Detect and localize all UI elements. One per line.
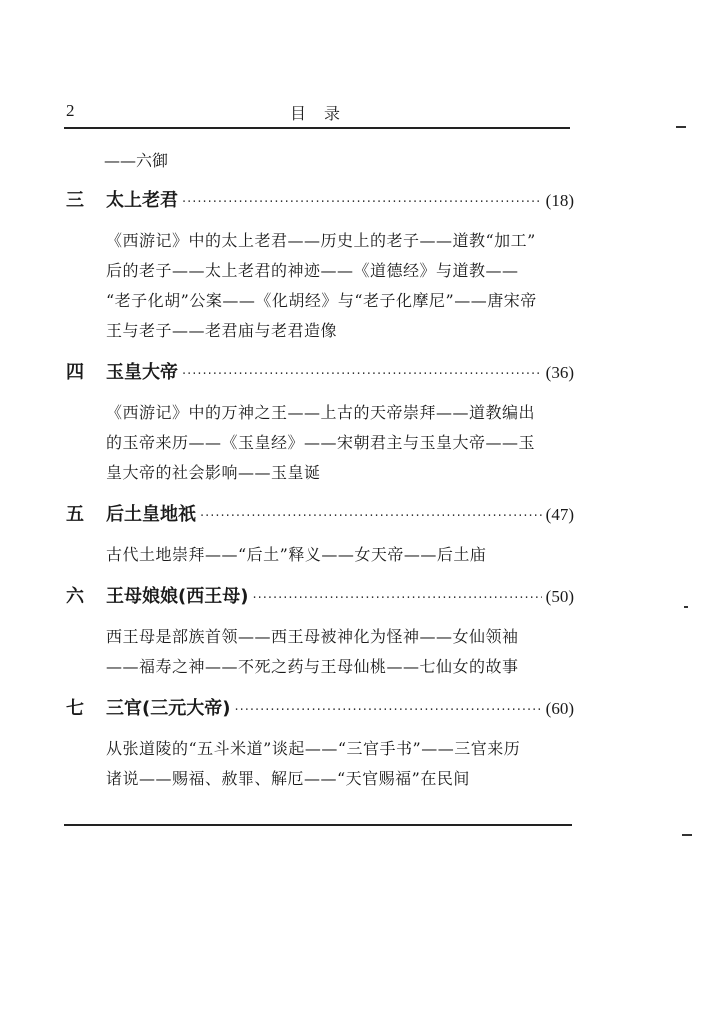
chapter-title: 玉皇大帝 [106,358,178,388]
chapter-number: 三 [66,186,106,216]
summary-line: 王与老子——老君庙与老君造像 [106,316,574,346]
scan-margin-mark [682,834,692,836]
chapter-title: 王母娘娘(西王母) [106,582,248,612]
chapter-summary: 《西游记》中的太上老君——历史上的老子——道教“加工” 后的老子——太上老君的神… [66,226,574,346]
summary-line: “老子化胡”公案——《化胡经》与“老子化摩尼”——唐宋帝 [106,286,574,316]
chapter-title: 后土皇地祇 [106,500,196,530]
chapter-number: 六 [66,582,106,612]
chapter-page-ref: (36) [546,358,574,388]
summary-line: 从张道陵的“五斗米道”谈起——“三官手书”——三官来历 [106,734,574,764]
summary-line: 皇大帝的社会影响——玉皇诞 [106,458,574,488]
chapter-summary: 《西游记》中的万神之王——上古的天帝崇拜——道教编出 的玉帝来历——《玉皇经》—… [66,398,574,488]
chapter-page-ref: (47) [546,500,574,530]
chapter-heading[interactable]: 七 三官(三元大帝) (60) [66,694,574,724]
chapter-heading[interactable]: 六 王母娘娘(西王母) (50) [66,582,574,612]
chapter-heading[interactable]: 五 后土皇地祇 (47) [66,500,574,530]
running-title: 目录 [290,101,358,124]
chapter-page-ref: (50) [546,582,574,612]
chapter-summary: 西王母是部族首领——西王母被神化为怪神——女仙领袖 ——福寿之神——不死之药与王… [66,622,574,682]
toc-chapter[interactable]: 四 玉皇大帝 (36) 《西游记》中的万神之王——上古的天帝崇拜——道教编出 的… [66,358,574,488]
header-rule [64,127,570,129]
dot-leader [252,584,541,614]
summary-line: 的玉帝来历——《玉皇经》——宋朝君主与玉皇大帝——玉 [106,428,574,458]
dot-leader [182,188,542,218]
summary-line: 后的老子——太上老君的神迹——《道德经》与道教—— [106,256,574,286]
chapter-page-ref: (60) [546,694,574,724]
toc-chapter[interactable]: 五 后土皇地祇 (47) 古代土地崇拜——“后土”释义——女天帝——后土庙 [66,500,574,570]
summary-line: 《西游记》中的万神之王——上古的天帝崇拜——道教编出 [106,398,574,428]
continuation-line: ——六御 [66,148,574,174]
chapter-title: 太上老君 [106,186,178,216]
toc-chapter[interactable]: 七 三官(三元大帝) (60) 从张道陵的“五斗米道”谈起——“三官手书”——三… [66,694,574,794]
dot-leader [200,502,542,532]
chapter-title: 三官(三元大帝) [106,694,230,724]
chapter-number: 四 [66,358,106,388]
chapter-page-ref: (18) [546,186,574,216]
chapter-summary: 古代土地崇拜——“后土”释义——女天帝——后土庙 [66,540,574,570]
summary-line: ——福寿之神——不死之药与王母仙桃——七仙女的故事 [106,652,574,682]
chapter-heading[interactable]: 三 太上老君 (18) [66,186,574,216]
summary-line: 古代土地崇拜——“后土”释义——女天帝——后土庙 [106,540,574,570]
chapter-number: 七 [66,694,106,724]
table-of-contents: ——六御 三 太上老君 (18) 《西游记》中的太上老君——历史上的老子——道教… [66,140,574,794]
summary-line: 《西游记》中的太上老君——历史上的老子——道教“加工” [106,226,574,256]
scan-margin-mark [684,606,688,608]
scan-margin-mark [676,126,686,128]
toc-chapter[interactable]: 六 王母娘娘(西王母) (50) 西王母是部族首领——西王母被神化为怪神——女仙… [66,582,574,682]
chapter-heading[interactable]: 四 玉皇大帝 (36) [66,358,574,388]
dot-leader [182,360,542,390]
dot-leader [234,696,541,726]
page-number: 2 [66,101,75,121]
chapter-number: 五 [66,500,106,530]
chapter-summary: 从张道陵的“五斗米道”谈起——“三官手书”——三官来历 诸说——赐福、赦罪、解厄… [66,734,574,794]
toc-chapter[interactable]: 三 太上老君 (18) 《西游记》中的太上老君——历史上的老子——道教“加工” … [66,186,574,346]
summary-line: 诸说——赐福、赦罪、解厄——“天官赐福”在民间 [106,764,574,794]
footer-rule [64,824,572,826]
summary-line: 西王母是部族首领——西王母被神化为怪神——女仙领袖 [106,622,574,652]
